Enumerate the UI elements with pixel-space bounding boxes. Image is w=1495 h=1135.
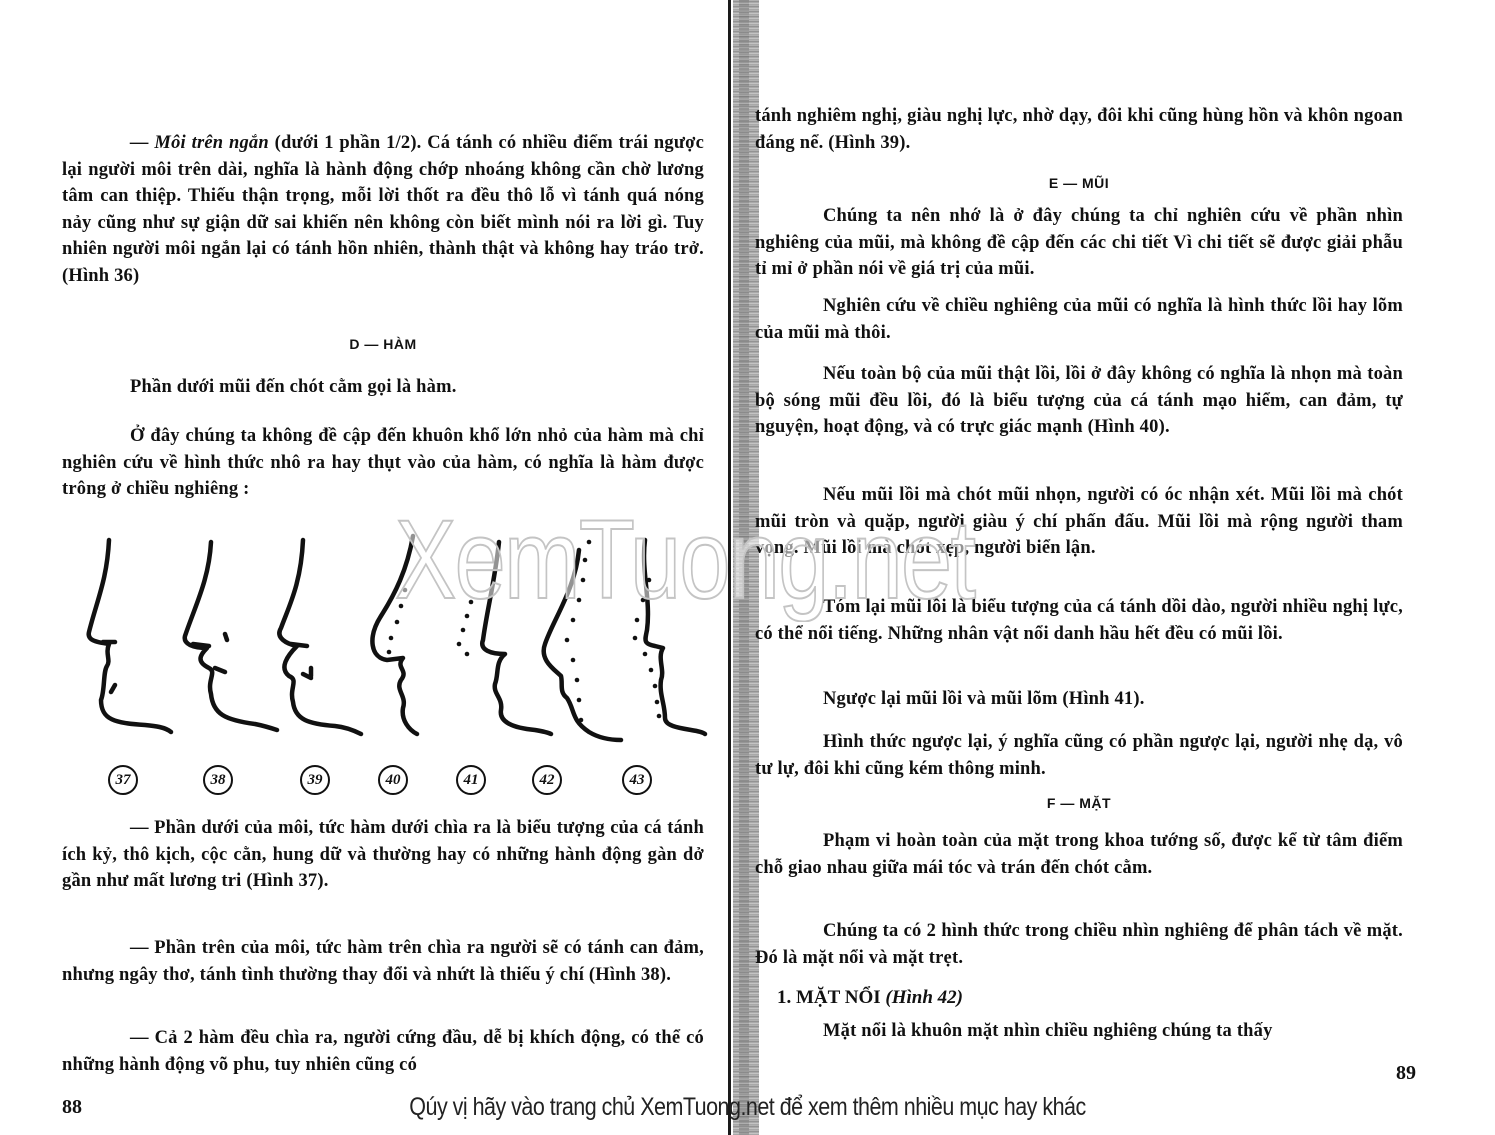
paragraph-nose-tips: Nếu mũi lồi mà chót mũi nhọn, người có ó… [755, 482, 1403, 562]
paragraph-face-forms: Chúng ta có 2 hình thức trong chiều nhìn… [755, 918, 1403, 971]
paragraph-text: Phạm vi hoàn toàn của mặt trong khoa tướ… [755, 831, 1403, 878]
paragraph-lower-jaw: — Phần dưới của môi, tức hàm dưới chìa r… [62, 815, 704, 895]
profile-sketches-icon [75, 520, 715, 760]
paragraph-text: — Phần dưới của môi, tức hàm dưới chìa r… [62, 818, 704, 891]
paragraph-nose-intro: Chúng ta nên nhớ là ở đây chúng ta chỉ n… [755, 203, 1403, 283]
paragraph-text: Hình thức ngược lại, ý nghĩa cũng có phầ… [755, 732, 1403, 779]
paragraph-nose-profile: Nghiên cứu về chiều nghiêng của mũi có n… [755, 293, 1403, 346]
page-number-left: 88 [62, 1096, 82, 1119]
page-number-right: 89 [1396, 1062, 1416, 1085]
italic-lead: — Môi trên ngắn [130, 133, 269, 153]
footer-banner-link[interactable]: Qúy vị hãy vào trang chủ XemTuong.net để… [105, 1093, 1391, 1129]
paragraph-mat-noi: Mặt nổi là khuôn mặt nhìn chiều nghiêng … [755, 1018, 1403, 1045]
paragraph-text: Phần dưới mũi đến chót cằm gọi là hàm. [130, 377, 457, 397]
paragraph-nose-summary: Tóm lại mũi lồi là biểu tượng của cá tán… [755, 594, 1403, 647]
paragraph-both-jaws: — Cả 2 hàm đều chìa ra, người cứng đầu, … [62, 1025, 704, 1078]
paragraph-face-scope: Phạm vi hoàn toàn của mặt trong khoa tướ… [755, 828, 1403, 881]
figure-label-42: 42 [532, 765, 562, 795]
subheading-mat-noi: 1. MẶT NỔI (Hình 42) [777, 987, 963, 1009]
paragraph-short-upper-lip: — Môi trên ngắn (dưới 1 phần 1/2). Cá tá… [62, 130, 704, 289]
figure-label-41: 41 [456, 765, 486, 795]
section-heading-e: E — MŨI [755, 175, 1403, 191]
subheading-figure-ref: (Hình 42) [885, 987, 963, 1008]
left-page: — Môi trên ngắn (dưới 1 phần 1/2). Cá tá… [0, 0, 735, 1135]
paragraph-continuation: tánh nghiêm nghị, giàu nghị lực, nhờ dạy… [755, 103, 1403, 156]
figure-label-39: 39 [300, 765, 330, 795]
figure-label-37: 37 [108, 765, 138, 795]
page-binding-line [728, 0, 731, 1135]
figure-label-43: 43 [622, 765, 652, 795]
paragraph-text: — Cả 2 hàm đều chìa ra, người cứng đầu, … [62, 1028, 704, 1075]
paragraph-concave-meaning: Hình thức ngược lại, ý nghĩa cũng có phầ… [755, 729, 1403, 782]
profile-figure: 37 38 39 40 41 42 43 [75, 520, 715, 800]
paragraph-text: Mặt nổi là khuôn mặt nhìn chiều nghiêng … [823, 1021, 1273, 1041]
paragraph-text: Ngược lại mũi lồi và mũi lõm (Hình 41). [823, 689, 1145, 709]
paragraph-text: Nghiên cứu về chiều nghiêng của mũi có n… [755, 296, 1403, 343]
paragraph-text: Chúng ta nên nhớ là ở đây chúng ta chỉ n… [755, 206, 1403, 279]
paragraph-text: (dưới 1 phần 1/2). Cá tánh có nhiều điểm… [62, 133, 704, 286]
subheading-text: 1. MẶT NỔI [777, 987, 885, 1008]
section-heading-d: D — HÀM [62, 336, 704, 352]
paragraph-jaw-profile: Ở đây chúng ta không đề cập đến khuôn kh… [62, 423, 704, 503]
paragraph-text: Nếu toàn bộ của mũi thật lồi, lồi ở đây … [755, 364, 1403, 437]
paragraph-text: Nếu mũi lồi mà chót mũi nhọn, người có ó… [755, 485, 1403, 558]
paragraph-upper-jaw: — Phần trên của môi, tức hàm trên chìa r… [62, 935, 704, 988]
right-page: tánh nghiêm nghị, giàu nghị lực, nhờ dạy… [735, 0, 1495, 1135]
paragraph-text: — Phần trên của môi, tức hàm trên chìa r… [62, 938, 704, 985]
figure-label-38: 38 [203, 765, 233, 795]
section-heading-f: F — MẶT [755, 795, 1403, 811]
figure-label-40: 40 [378, 765, 408, 795]
paragraph-concave-nose: Ngược lại mũi lồi và mũi lõm (Hình 41). [755, 686, 1403, 713]
paragraph-convex-nose: Nếu toàn bộ của mũi thật lồi, lồi ở đây … [755, 361, 1403, 441]
paragraph-text: Tóm lại mũi lồi là biểu tượng của cá tán… [755, 597, 1403, 644]
paragraph-text: Ở đây chúng ta không đề cập đến khuôn kh… [62, 426, 704, 499]
paragraph-text: Chúng ta có 2 hình thức trong chiều nhìn… [755, 921, 1403, 968]
paragraph-jaw-definition: Phần dưới mũi đến chót cằm gọi là hàm. [62, 374, 704, 401]
